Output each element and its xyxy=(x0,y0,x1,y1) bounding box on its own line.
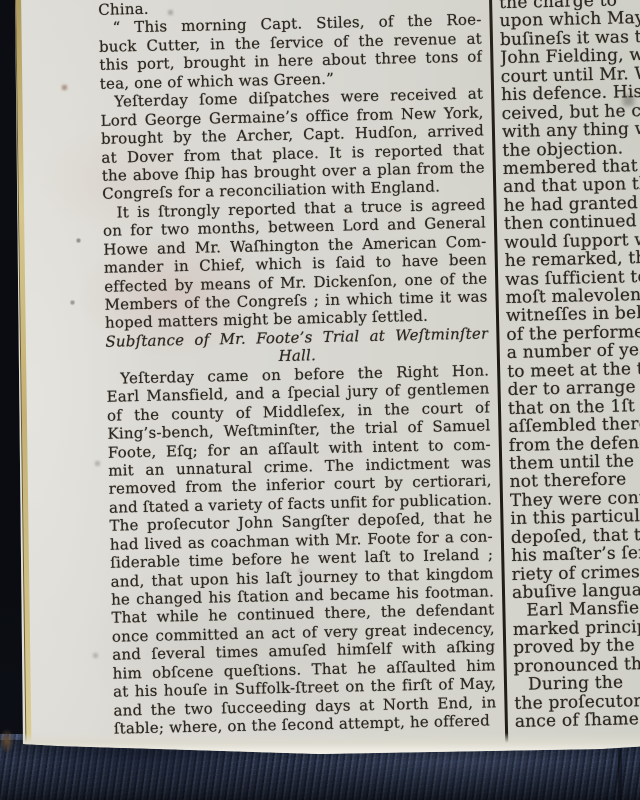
left-column: China.“ This morning Capt. Stiles, of th… xyxy=(98,0,497,738)
printed-content: China.“ This morning Capt. Stiles, of th… xyxy=(0,0,640,764)
foxing-specks xyxy=(0,0,1,1)
edge-stain xyxy=(0,727,17,755)
newspaper-page: China.“ This morning Capt. Stiles, of th… xyxy=(0,0,640,756)
right-column: the charge toupon which Maybuſineſs it w… xyxy=(499,0,640,731)
photo-background: China.“ This morning Capt. Stiles, of th… xyxy=(0,0,640,800)
right-column-line: ance of ſhame xyxy=(515,709,640,731)
